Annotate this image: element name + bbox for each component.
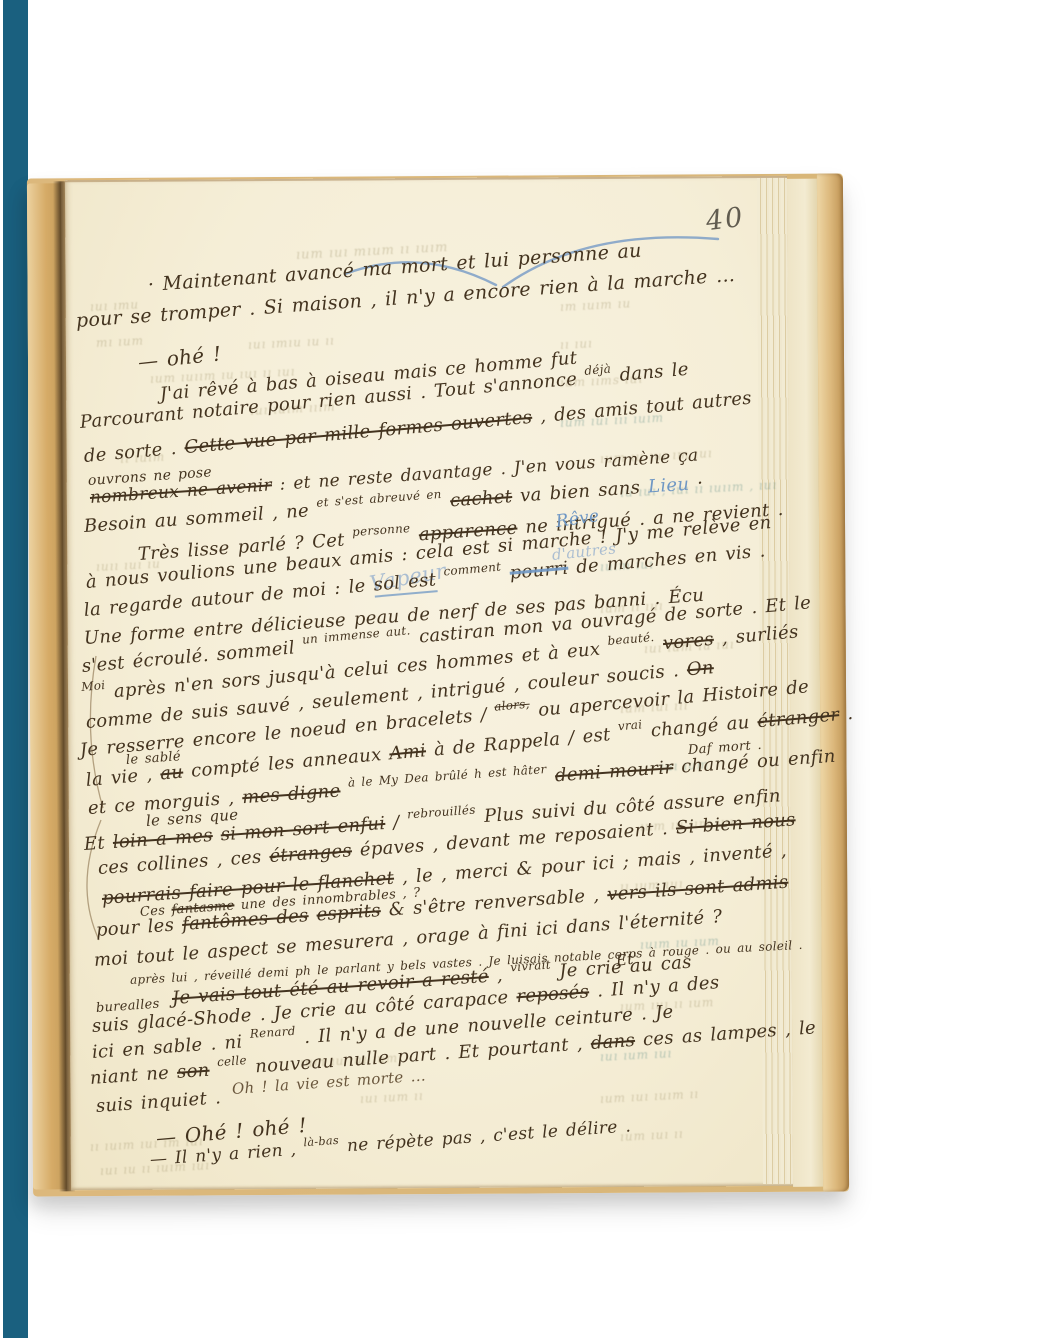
photo-backdrop: ıum ıuı mıum ıı ıuımıuı ımuım ıuım ıumı … xyxy=(0,0,1040,1338)
manuscript-book xyxy=(27,174,849,1197)
book-cover-right-edge xyxy=(817,174,849,1192)
left-accent-bar xyxy=(3,0,28,1338)
page-number: 40 xyxy=(704,202,746,237)
manuscript-page xyxy=(65,176,793,1190)
